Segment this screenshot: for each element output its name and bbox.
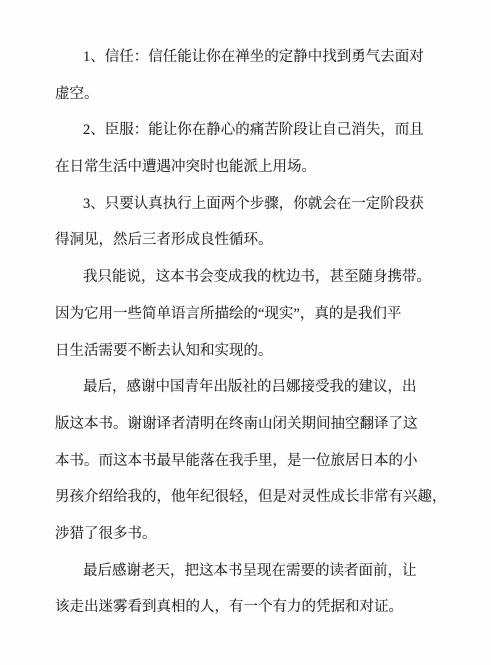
text-line-p6-l1: 最后感谢老天，把这本书呈现在需要的读者面前，让 bbox=[55, 553, 491, 590]
document-page: 1、信任：信任能让你在禅坐的定静中找到勇气去面对虚空。2、臣服：能让你在静心的痛… bbox=[0, 0, 491, 665]
text-line-p4-l2: 因为它用一些简单语言所描绘的“现实”，真的是我们平 bbox=[55, 296, 491, 333]
text-line-p5-l5: 涉猎了很多书。 bbox=[55, 516, 491, 553]
text-line-p1-l2: 虚空。 bbox=[55, 76, 491, 113]
text-line-p5-l3: 本书。而这本书最早能落在我手里，是一位旅居日本的小 bbox=[55, 443, 491, 480]
text-line-p1-l1: 1、信任：信任能让你在禅坐的定静中找到勇气去面对 bbox=[55, 39, 491, 76]
text-line-p6-l2: 该走出迷雾看到真相的人，有一个有力的凭据和对证。 bbox=[55, 589, 491, 626]
document-text-block: 1、信任：信任能让你在禅坐的定静中找到勇气去面对虚空。2、臣服：能让你在静心的痛… bbox=[55, 39, 491, 626]
text-line-p5-l2: 版这本书。谢谢译者清明在终南山闭关期间抽空翻译了这 bbox=[55, 406, 491, 443]
text-line-p5-l1: 最后，感谢中国青年出版社的吕娜接受我的建议，出 bbox=[55, 369, 491, 406]
text-line-p4-l1: 我只能说，这本书会变成我的枕边书，甚至随身携带。 bbox=[55, 259, 491, 296]
text-line-p2-l1: 2、臣服：能让你在静心的痛苦阶段让自己消失，而且 bbox=[55, 112, 491, 149]
text-line-p2-l2: 在日常生活中遭遇冲突时也能派上用场。 bbox=[55, 149, 491, 186]
text-line-p5-l4: 男孩介绍给我的，他年纪很轻，但是对灵性成长非常有兴趣， bbox=[55, 479, 491, 516]
text-line-p3-l1: 3、只要认真执行上面两个步骤，你就会在一定阶段获 bbox=[55, 186, 491, 223]
text-line-p3-l2: 得洞见，然后三者形成良性循环。 bbox=[55, 222, 491, 259]
text-line-p4-l3: 日生活需要不断去认知和实现的。 bbox=[55, 333, 491, 370]
